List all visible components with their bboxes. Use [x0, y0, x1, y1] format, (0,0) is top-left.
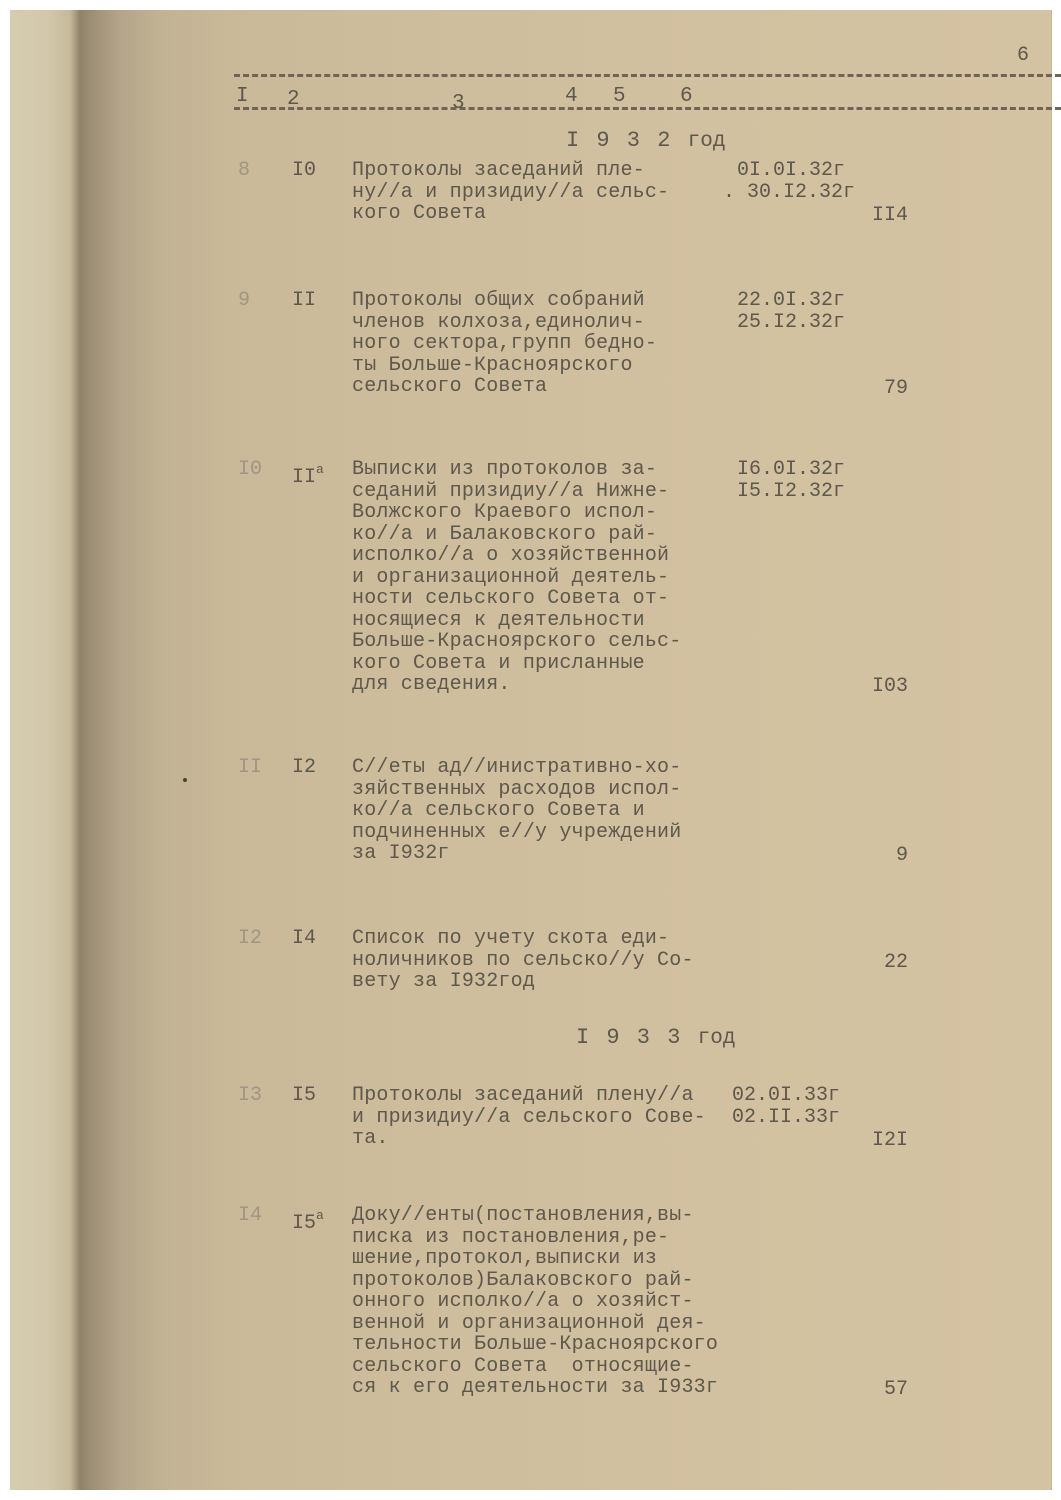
- col-header-2: 2: [287, 88, 300, 111]
- row-file-number: I0: [292, 160, 316, 182]
- description-line: та.: [352, 1128, 706, 1150]
- row-date-start: 0I.0I.32г: [737, 160, 845, 182]
- description-line: Список по учету скота еди-: [352, 928, 694, 950]
- row-file-number: I4: [292, 928, 316, 950]
- row-date-end: 25.I2.32г: [737, 312, 845, 334]
- col-header-1: I: [236, 85, 249, 108]
- table-header-bottom-rule: [234, 107, 1061, 110]
- row-date-start: I6.0I.32г: [737, 459, 845, 481]
- row-sheet-count: 57: [884, 1379, 908, 1401]
- description-line: ко//а и Балаковского рай-: [352, 524, 681, 546]
- description-line: подчиненных е//у учреждений: [352, 822, 681, 844]
- description-line: С//еты ад//инистративно-хо-: [352, 757, 681, 779]
- row-description: Выписки из протоколов за-седаний призиди…: [352, 459, 681, 696]
- row-file-number: II: [292, 290, 316, 312]
- description-line: Волжского Краевого испол-: [352, 502, 681, 524]
- row-description: С//еты ад//инистративно-хо-зяйственных р…: [352, 757, 681, 865]
- row-description: Список по учету скота еди-ноличников по …: [352, 928, 694, 993]
- row-file-number: I5а: [292, 1205, 324, 1235]
- row-file-number: IIа: [292, 459, 324, 489]
- row-seq-number: 9: [238, 290, 250, 312]
- description-line: писка из постановления,ре-: [352, 1227, 718, 1249]
- description-line: ко//а сельского Совета и: [352, 800, 681, 822]
- description-line: ности сельского Совета от-: [352, 588, 681, 610]
- description-line: сельского Совета относящие-: [352, 1356, 718, 1378]
- description-line: ноличников по сельско//у Со-: [352, 950, 694, 972]
- row-date-start: 22.0I.32г: [737, 290, 845, 312]
- description-line: протоколов)Балаковского рай-: [352, 1270, 718, 1292]
- row-description: Протоколы общих собранийчленов колхоза,е…: [352, 290, 657, 398]
- year-heading-word: год: [688, 130, 726, 153]
- description-line: кого Совета и присланные: [352, 653, 681, 675]
- description-line: сельского Совета: [352, 376, 657, 398]
- description-line: венной и организационной дея-: [352, 1313, 718, 1335]
- col-header-6: 6: [680, 85, 693, 108]
- description-line: ты Больше-Красноярского: [352, 355, 657, 377]
- file-number-suffix: а: [316, 462, 324, 477]
- col-header-5: 5: [613, 85, 626, 108]
- description-line: и призидиу//а сельского Сове-: [352, 1107, 706, 1129]
- row-seq-number: I2: [238, 928, 262, 950]
- row-seq-number: 8: [238, 160, 250, 182]
- row-file-number: I5: [292, 1085, 316, 1107]
- row-description: Протоколы заседаний плену//аи призидиу//…: [352, 1085, 706, 1150]
- description-line: седаний призидиу//а Нижне-: [352, 481, 681, 503]
- description-line: ну//а и призидиу//а сельс-: [352, 182, 669, 204]
- file-number-text: I5: [292, 1084, 316, 1107]
- file-number-suffix: а: [316, 1208, 324, 1223]
- description-line: кого Совета: [352, 203, 669, 225]
- row-seq-number: I0: [238, 459, 262, 481]
- description-line: Выписки из протоколов за-: [352, 459, 681, 481]
- file-number-text: I2: [292, 756, 316, 779]
- description-line: и организационной деятель-: [352, 567, 681, 589]
- row-seq-number: II: [238, 757, 262, 779]
- col-header-3: 3: [452, 92, 465, 115]
- year-heading: I 9 3 2 год: [566, 128, 725, 153]
- row-sheet-count: 79: [884, 378, 908, 400]
- description-line: Протоколы общих собраний: [352, 290, 657, 312]
- file-number-text: I0: [292, 159, 316, 182]
- row-date-end: I5.I2.32г: [737, 481, 845, 503]
- description-line: Протоколы заседаний плену//а: [352, 1085, 706, 1107]
- row-seq-number: I4: [238, 1205, 262, 1227]
- description-line: шение,протокол,выписки из: [352, 1248, 718, 1270]
- year-heading-number: I 9 3 3: [576, 1025, 682, 1050]
- description-line: ся к его деятельности за I933г: [352, 1377, 718, 1399]
- row-date-end: . 30.I2.32г: [723, 182, 855, 204]
- row-date-start: 02.0I.33г: [732, 1085, 840, 1107]
- page-number: 6: [1017, 44, 1029, 67]
- row-file-number: I2: [292, 757, 316, 779]
- row-description: Протоколы заседаний пле-ну//а и призидиу…: [352, 160, 669, 225]
- description-line: членов колхоза,единолич-: [352, 312, 657, 334]
- row-date-end: 02.II.33г: [732, 1107, 840, 1129]
- year-heading-word: год: [698, 1027, 736, 1050]
- file-number-text: I4: [292, 927, 316, 950]
- description-line: вету за I932год: [352, 971, 694, 993]
- row-sheet-count: 22: [884, 952, 908, 974]
- file-number-text: II: [292, 466, 316, 489]
- description-line: носящиеся к деятельности: [352, 610, 681, 632]
- description-line: ного сектора,групп бедно-: [352, 333, 657, 355]
- ink-speck: [183, 778, 187, 782]
- row-sheet-count: I03: [872, 676, 908, 698]
- col-header-4: 4: [565, 85, 578, 108]
- description-line: зяйственных расходов испол-: [352, 779, 681, 801]
- description-line: Протоколы заседаний пле-: [352, 160, 669, 182]
- row-sheet-count: II4: [872, 205, 908, 227]
- description-line: Больше-Красноярского сельс-: [352, 631, 681, 653]
- description-line: тельности Больше-Красноярского: [352, 1334, 718, 1356]
- year-heading-number: I 9 3 2: [566, 128, 672, 153]
- year-heading: I 9 3 3 год: [576, 1025, 735, 1050]
- file-number-text: I5: [292, 1212, 316, 1235]
- description-line: для сведения.: [352, 674, 681, 696]
- row-sheet-count: 9: [896, 845, 908, 867]
- file-number-text: II: [292, 289, 316, 312]
- description-line: онного исполко//а о хозяйст-: [352, 1291, 718, 1313]
- row-seq-number: I3: [238, 1085, 262, 1107]
- description-line: исполко//а о хозяйственной: [352, 545, 681, 567]
- description-line: Доку//енты(постановления,вы-: [352, 1205, 718, 1227]
- row-sheet-count: I2I: [872, 1130, 908, 1152]
- table-header-top-rule: [234, 74, 1061, 77]
- description-line: за I932г: [352, 843, 681, 865]
- row-description: Доку//енты(постановления,вы-писка из пос…: [352, 1205, 718, 1399]
